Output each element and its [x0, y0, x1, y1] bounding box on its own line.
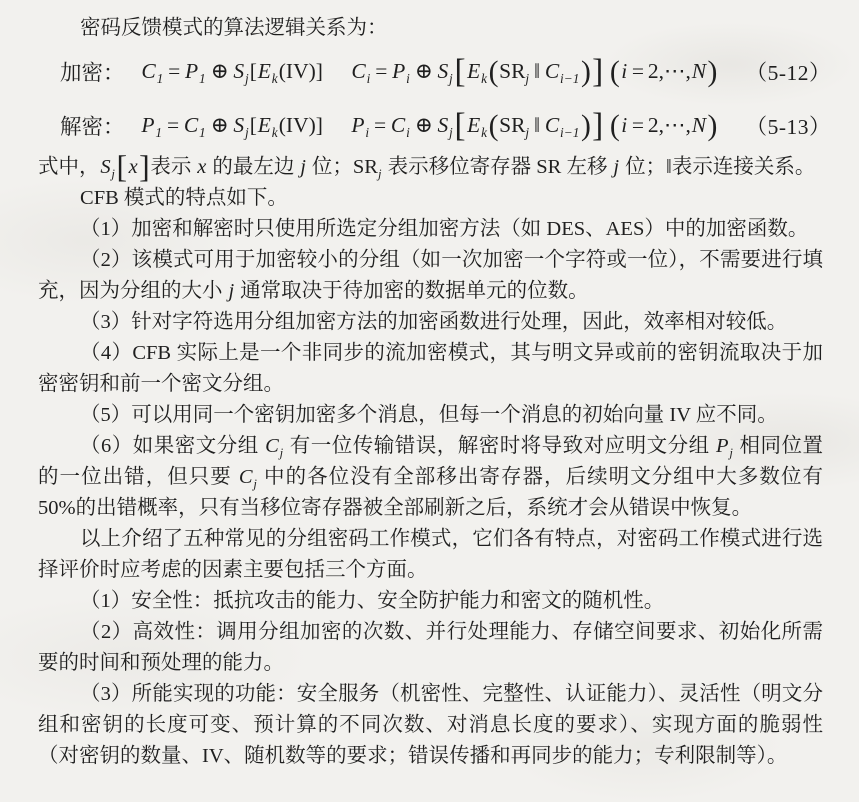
equation-general-case: Ci=Pi⊕Sj[Ek(SRj‖Ci−1)] (i=2,⋯,N)	[351, 59, 718, 84]
document-page: 密码反馈模式的算法逻辑关系为： 加密： C1=P1⊕Sj[Ek(IV)] Ci=…	[38, 13, 823, 772]
cfb-feature-3: （3）针对字符选用分组加密方法的加密函数进行处理，因此，效率相对较低。	[38, 307, 823, 338]
cfb-feature-2: （2）该模式可用于加密较小的分组（如一次加密一个字符或一位），不需要进行填充，因…	[38, 245, 823, 307]
equation-general-case: Pi=Ci⊕Sj[Ek(SRj‖Ci−1)] (i=2,⋯,N)	[351, 113, 718, 138]
equation-label: 加密：	[60, 56, 125, 87]
equation-first-case: C1=P1⊕Sj[Ek(IV)]	[141, 59, 323, 84]
equation-left-group: 解密： P1=C1⊕Sj[Ek(IV)]	[60, 110, 323, 141]
selection-factor-2: （2）高效性：调用分组加密的次数、并行处理能力、存储空间要求、初始化所需要的时间…	[38, 617, 823, 679]
selection-factor-3: （3）所能实现的功能：安全服务（机密性、完整性、认证能力）、灵活性（明文分组和密…	[38, 679, 823, 772]
equation-number: （5-12）	[746, 56, 831, 87]
formula-note: 式中，Sj[x]表示 x 的最左边 j 位；SRj 表示移位寄存器 SR 左移 …	[38, 152, 823, 183]
equation-number: （5-13）	[746, 110, 831, 141]
cfb-feature-5: （5）可以用同一个密钥加密多个消息，但每一个消息的初始向量 IV 应不同。	[38, 400, 823, 431]
encryption-equation-row: 加密： C1=P1⊕Sj[Ek(IV)] Ci=Pi⊕Sj[Ek(SRj‖Ci−…	[38, 44, 823, 98]
cfb-features-heading: CFB 模式的特点如下。	[38, 183, 823, 214]
equation-left-group: 加密： C1=P1⊕Sj[Ek(IV)]	[60, 56, 323, 87]
cfb-feature-4: （4）CFB 实际上是一个非同步的流加密模式，其与明文异或前的密钥流取决于加密密…	[38, 338, 823, 400]
cfb-feature-1: （1）加密和解密时只使用所选定分组加密方法（如 DES、AES）中的加密函数。	[38, 214, 823, 245]
equation-first-case: P1=C1⊕Sj[Ek(IV)]	[141, 113, 323, 138]
selection-factor-1: （1）安全性：抵抗攻击的能力、安全防护能力和密文的随机性。	[38, 586, 823, 617]
summary-paragraph: 以上介绍了五种常见的分组密码工作模式，它们各有特点，对密码工作模式进行选择评价时…	[38, 524, 823, 586]
cfb-feature-6: （6）如果密文分组 Cj 有一位传输错误，解密时将导致对应明文分组 Pj 相同位…	[38, 431, 823, 524]
intro-paragraph: 密码反馈模式的算法逻辑关系为：	[38, 13, 823, 44]
equation-label: 解密：	[60, 110, 125, 141]
decryption-equation-row: 解密： P1=C1⊕Sj[Ek(IV)] Pi=Ci⊕Sj[Ek(SRj‖Ci−…	[38, 98, 823, 152]
